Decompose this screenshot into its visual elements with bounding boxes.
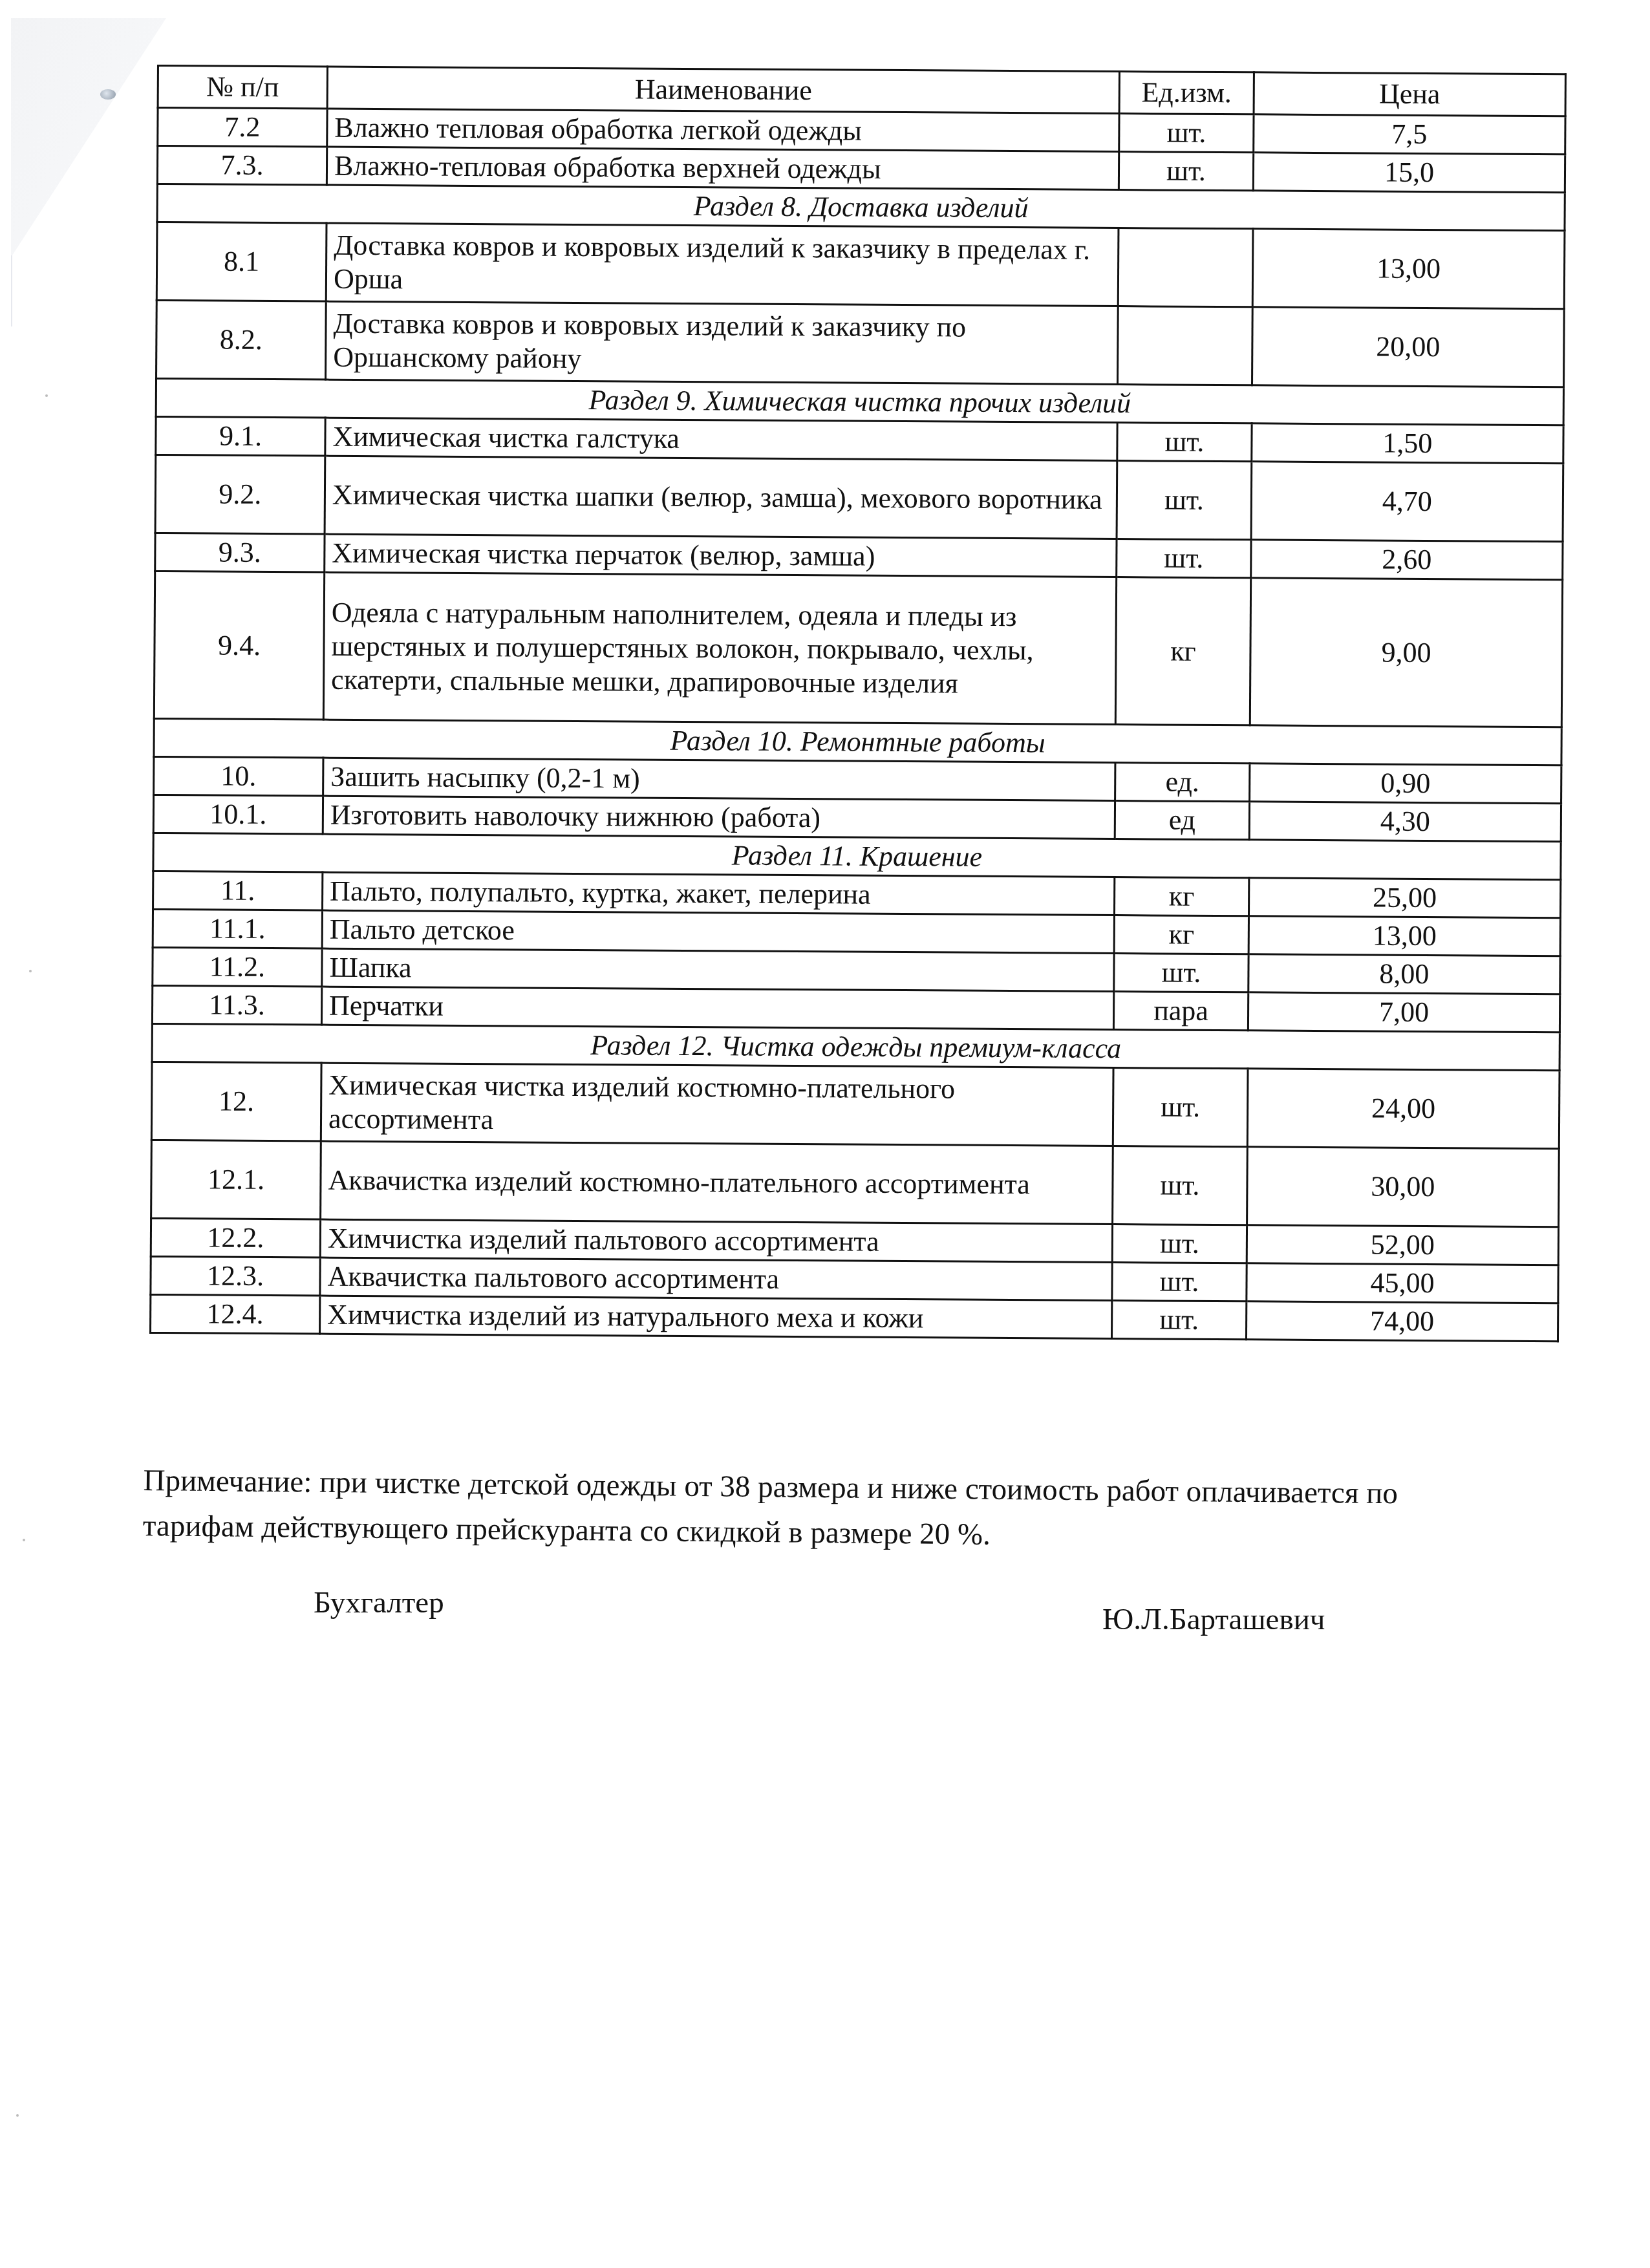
row-name: Одеяла с натуральным наполнителем, одеял…	[323, 572, 1116, 724]
row-number: 11.	[153, 871, 323, 910]
row-name: Аквачистка пальтового ассортимента	[320, 1257, 1112, 1300]
row-unit: кг	[1115, 577, 1250, 725]
row-name: Влажно-тепловая обработка верхней одежды	[327, 147, 1119, 189]
row-name: Доставка ковров и ковровых изделий к зак…	[326, 223, 1119, 306]
row-unit: шт.	[1117, 539, 1251, 578]
row-number: 12.3.	[151, 1256, 320, 1296]
footnote: Примечание: при чистке детской одежды от…	[143, 1458, 1469, 1562]
row-name: Пальто, полупальто, куртка, жакет, пелер…	[323, 872, 1115, 915]
signature-role: Бухгалтер	[314, 1585, 444, 1620]
row-price: 74,00	[1246, 1301, 1558, 1342]
row-number: 9.1.	[156, 416, 325, 456]
scan-speck	[45, 394, 48, 397]
header-price: Цена	[1254, 72, 1565, 116]
row-name: Химчистка изделий пальтового ассортимент…	[320, 1219, 1112, 1262]
row-price: 9,00	[1250, 578, 1562, 727]
row-number: 12.4.	[151, 1294, 320, 1334]
header-unit: Ед.изм.	[1119, 72, 1254, 114]
row-name: Шапка	[322, 948, 1114, 991]
row-unit: кг	[1114, 877, 1248, 916]
row-number: 9.2.	[155, 455, 325, 534]
row-number: 12.2.	[151, 1218, 320, 1257]
table-row: 8.2.Доставка ковров и ковровых изделий к…	[156, 301, 1565, 387]
row-price: 45,00	[1247, 1263, 1558, 1303]
row-unit: шт.	[1119, 152, 1253, 191]
row-price: 7,00	[1248, 992, 1559, 1032]
row-name: Химическая чистка перчаток (велюр, замша…	[325, 534, 1117, 577]
signature-name: Ю.Л.Барташевич	[1102, 1602, 1325, 1637]
row-number: 7.2	[158, 108, 327, 147]
row-price: 30,00	[1247, 1147, 1559, 1227]
scan-speck	[23, 1539, 25, 1541]
row-unit: шт.	[1117, 423, 1252, 462]
row-unit: пара	[1113, 992, 1248, 1031]
row-unit: шт.	[1113, 1068, 1248, 1147]
row-price: 8,00	[1248, 954, 1560, 994]
row-price: 20,00	[1252, 307, 1565, 387]
row-name: Изготовить наволочку нижнюю (работа)	[323, 796, 1115, 839]
row-price: 24,00	[1247, 1069, 1559, 1149]
row-name: Влажно тепловая обработка легкой одежды	[327, 109, 1119, 151]
row-number: 11.1.	[153, 909, 322, 948]
scan-speck	[16, 2114, 19, 2117]
row-unit: шт.	[1112, 1225, 1247, 1263]
row-unit: шт.	[1117, 461, 1252, 540]
row-name: Химическая чистка изделий костюмно-плате…	[321, 1063, 1113, 1146]
row-name: Пальто детское	[322, 910, 1114, 953]
row-unit: кг	[1114, 915, 1248, 954]
row-price: 13,00	[1248, 916, 1560, 956]
row-number: 10.1.	[153, 795, 323, 834]
row-price: 4,70	[1251, 462, 1563, 542]
row-name: Химчистка изделий из натурального меха и…	[320, 1296, 1112, 1338]
table-row: 12.1.Аквачистка изделий костюмно-платель…	[151, 1140, 1559, 1226]
row-price: 7,5	[1254, 114, 1565, 155]
row-name: Доставка ковров и ковровых изделий к зак…	[326, 301, 1119, 384]
row-unit	[1118, 228, 1253, 307]
scan-corner-fold	[11, 18, 166, 257]
table-row: 9.2.Химическая чистка шапки (велюр, замш…	[155, 455, 1563, 541]
row-price: 2,60	[1251, 540, 1563, 580]
header-num: № п/п	[158, 66, 327, 109]
row-name: Перчатки	[321, 987, 1113, 1029]
row-unit: шт.	[1111, 1301, 1246, 1340]
row-number: 11.2.	[153, 947, 322, 987]
row-number: 8.1	[156, 222, 327, 302]
row-number: 10.	[154, 756, 323, 796]
scan-speck	[29, 970, 32, 972]
row-name: Аквачистка изделий костюмно-плательного …	[321, 1141, 1113, 1224]
row-price: 13,00	[1252, 229, 1565, 309]
row-price: 15,0	[1253, 153, 1565, 193]
row-number: 8.2.	[156, 301, 327, 380]
row-unit: шт.	[1112, 1263, 1247, 1301]
row-unit: шт.	[1119, 114, 1254, 153]
staple-pin-icon	[100, 89, 116, 100]
row-number: 9.4.	[154, 571, 324, 720]
row-price: 1,50	[1252, 423, 1563, 464]
row-unit	[1118, 306, 1253, 385]
row-unit: шт.	[1113, 1146, 1248, 1225]
row-number: 11.3.	[152, 985, 321, 1025]
row-unit: шт.	[1114, 954, 1248, 992]
row-price: 52,00	[1247, 1225, 1558, 1265]
row-name: Химическая чистка галстука	[325, 418, 1117, 460]
row-number: 9.3.	[155, 533, 325, 572]
table-row: 8.1Доставка ковров и ковровых изделий к …	[156, 222, 1565, 309]
price-list-table: № п/п Наименование Ед.изм. Цена 7.2Влажн…	[149, 65, 1567, 1342]
table-row: 12.4.Химчистка изделий из натурального м…	[151, 1294, 1558, 1341]
table-row: 12.Химическая чистка изделий костюмно-пл…	[151, 1062, 1559, 1148]
header-name: Наименование	[327, 67, 1119, 113]
row-price: 0,90	[1250, 764, 1561, 804]
row-number: 12.1.	[151, 1140, 321, 1219]
table-row: 9.4.Одеяла с натуральным наполнителем, о…	[154, 571, 1562, 727]
row-price: 4,30	[1249, 802, 1561, 842]
row-unit: ед.	[1115, 763, 1250, 802]
row-number: 7.3.	[157, 146, 327, 186]
row-name: Зашить насыпку (0,2-1 м)	[323, 758, 1115, 800]
row-price: 25,00	[1248, 878, 1560, 918]
row-unit: ед	[1115, 801, 1249, 840]
row-number: 12.	[151, 1062, 321, 1141]
row-name: Химическая чистка шапки (велюр, замша), …	[325, 456, 1117, 539]
scan-edge-line	[11, 255, 12, 326]
